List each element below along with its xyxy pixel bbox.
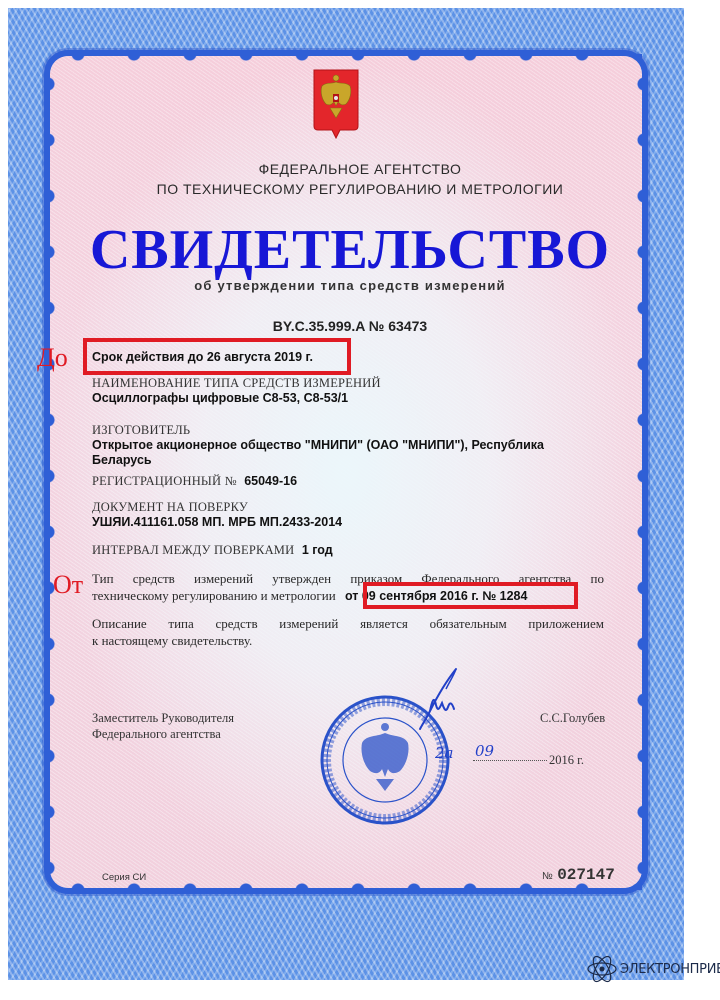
interval-value: 1 год <box>302 543 333 557</box>
signatory-position-line1: Заместитель Руководителя <box>92 710 234 726</box>
signature-icon[interactable] <box>408 665 468 735</box>
agency-name-line1: ФЕДЕРАЛЬНОЕ АГЕНТСТВО <box>0 160 720 179</box>
border-ornament-top <box>50 54 642 68</box>
approval-text-prefix: техническому регулированию и метрологии <box>92 588 336 603</box>
signatory-position-line2: Федерального агентства <box>92 726 234 742</box>
brand-name: ЭЛЕКТРОНПРИБОР <box>620 962 720 977</box>
description-note-line1: Описание типа средств измерений является… <box>92 615 604 632</box>
from-annotation-label: От <box>53 570 83 600</box>
document-subtitle: об утверждении типа средств измерений <box>0 278 700 293</box>
certificate-document <box>8 8 684 980</box>
manufacturer-value-line1: Открытое акционерное общество "МНИПИ" (О… <box>92 438 544 452</box>
manufacturer-value-line2: Беларусь <box>92 453 152 467</box>
agency-name-line2: ПО ТЕХНИЧЕСКОМУ РЕГУЛИРОВАНИЮ И МЕТРОЛОГ… <box>0 180 720 199</box>
certificate-number: BY.C.35.999.A № 63473 <box>0 318 700 334</box>
serial-number-value: 027147 <box>557 866 615 884</box>
validity-text: Срок действия до 26 августа 2019 г. <box>92 350 313 364</box>
signatory-name: С.С.Голубев <box>540 710 605 726</box>
signing-month: 09 <box>475 742 494 760</box>
order-highlight-box <box>363 582 578 609</box>
registration-label: РЕГИСТРАЦИОННЫЙ № <box>92 474 237 488</box>
signing-date: 2а 09 2016 г. <box>435 748 605 768</box>
manufacturer-label: ИЗГОТОВИТЕЛЬ <box>92 423 190 438</box>
serial-number-prefix: № <box>542 871 553 882</box>
date-dotted-line <box>473 760 547 761</box>
series-label: Серия СИ <box>102 872 146 883</box>
interval-label: ИНТЕРВАЛ МЕЖДУ ПОВЕРКАМИ <box>92 543 294 557</box>
brand-watermark: ЭЛЕКТРОНПРИБОР <box>586 953 720 985</box>
interval-row: ИНТЕРВАЛ МЕЖДУ ПОВЕРКАМИ 1 год <box>92 543 333 558</box>
atom-logo-icon <box>586 953 618 985</box>
coat-of-arms-icon <box>312 68 360 140</box>
registration-row: РЕГИСТРАЦИОННЫЙ № 65049-16 <box>92 474 297 489</box>
verification-doc-value: УШЯИ.411161.058 МП. МРБ МП.2433-2014 <box>92 515 342 529</box>
serial-number: № 027147 <box>542 866 615 884</box>
verification-doc-label: ДОКУМЕНТ НА ПОВЕРКУ <box>92 500 248 515</box>
document-title: СВИДЕТЕЛЬСТВО <box>0 218 700 282</box>
type-name-value: Осциллографы цифровые С8-53, С8-53/1 <box>92 391 348 405</box>
description-note-line2: к настоящему свидетельству. <box>92 632 604 649</box>
signing-day: 2а <box>435 744 454 762</box>
type-name-label: НАИМЕНОВАНИЕ ТИПА СРЕДСТВ ИЗМЕРЕНИЙ <box>92 376 381 391</box>
signing-year: 2016 г. <box>549 752 584 768</box>
registration-value: 65049-16 <box>244 474 297 488</box>
signatory-position: Заместитель Руководителя Федерального аг… <box>92 710 234 742</box>
until-annotation-label: До <box>37 343 68 373</box>
